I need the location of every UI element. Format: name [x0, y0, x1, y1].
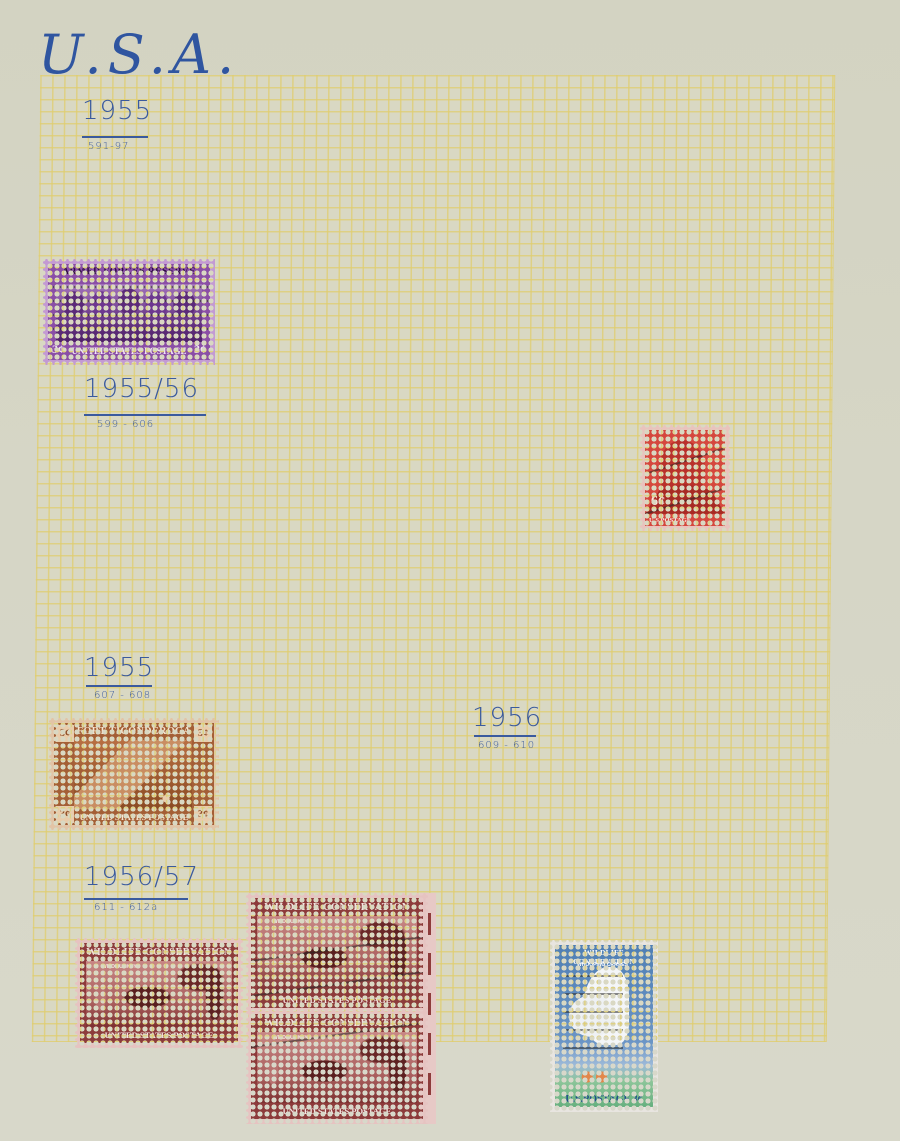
section-year: 1955/56: [84, 376, 199, 402]
stamp-country: UNITED STATES POSTAGE: [48, 346, 210, 356]
cancellation-line: [48, 286, 210, 288]
catalog-range: 609 - 610: [478, 741, 535, 751]
catalog-range: 591-97: [88, 142, 129, 152]
section-underline: [84, 414, 206, 416]
section-year: 1956: [472, 705, 542, 731]
stamp-title: ARMED FORCES RESERVE: [48, 267, 210, 277]
cancellation-line: [48, 328, 210, 330]
country-heading: U.S.A.: [38, 28, 240, 82]
stamp-wild-turkey: WILDLIFE CONSERVATION WILD TURKEY UNITED…: [75, 938, 243, 1048]
chicks-illustration: [577, 1069, 611, 1085]
cancellation-line: [48, 314, 210, 316]
stamp-wild-turkey-pair-top: WILDLIFE CONSERVATION WILD TURKEY UNITED…: [246, 893, 428, 1013]
stamp-whooping-crane: WILDLIFE CONSERVATION WHOOPING CRANES U.…: [550, 940, 658, 1112]
section-year: 1955: [84, 655, 154, 681]
stamp-subtitle: WILD TURKEY: [102, 964, 137, 970]
cancellation-line: [563, 1047, 623, 1049]
stamp-country: UNITED STATES POSTAGE: [54, 812, 214, 822]
cancellation-line: [563, 993, 623, 995]
stamp-country: UNITED STATES POSTAGE: [251, 1106, 423, 1116]
stamp-title: WILDLIFE CONSERVATION: [251, 902, 423, 913]
servicemen-illustration: [56, 284, 202, 342]
stamp-country: U.S.POSTAGE 3¢: [555, 1094, 653, 1105]
turkey-illustration: [257, 916, 417, 992]
crane-illustration: [569, 995, 615, 1037]
stamp-fort-ticonderoga: 3¢ 3¢ 3¢ 3¢ FORT TICONDEROGA UNITED STAT…: [49, 718, 219, 830]
fort-illustration: [74, 740, 192, 809]
stamp-country: U.S.POSTAGE: [645, 517, 725, 524]
section-year: 1955: [82, 98, 152, 124]
turkey-illustration: [86, 961, 232, 1027]
cancellation-line: [48, 300, 210, 302]
cancellation-line: [563, 1011, 623, 1013]
stamp-country: UNITED STATES POSTAGE: [80, 1030, 238, 1040]
stamp-subtitle: WILD TURKEY: [273, 919, 308, 925]
stamp-country: UNITED STATES POSTAGE: [251, 995, 423, 1005]
section-underline: [86, 685, 152, 687]
catalog-range: 611 - 612a: [94, 903, 158, 913]
stamp-title: WILDLIFE CONSERVATION: [251, 1018, 423, 1029]
catalog-range: 607 - 608: [94, 691, 151, 701]
stamp-wild-turkey-pair-bottom: WILDLIFE CONSERVATION WILD TURKEY UNITED…: [246, 1009, 428, 1124]
stamp-title: WILDLIFE CONSERVATION: [80, 947, 238, 958]
section-underline: [84, 898, 188, 900]
album-page: U.S.A. 1955 591-97 ARMED FORCES RESERVE …: [0, 0, 900, 1141]
section-underline: [82, 136, 148, 138]
stamp-theodore-roosevelt: 6¢ U.S.POSTAGE: [640, 425, 730, 531]
catalog-range: 599 - 606: [97, 420, 154, 430]
cancellation-line: [563, 975, 623, 977]
stamp-denomination: 3¢: [194, 342, 206, 357]
stamp-title: FORT TICONDEROGA: [54, 726, 214, 737]
stamp-armed-forces-reserve: ARMED FORCES RESERVE 3¢ UNITED STATES PO…: [43, 259, 215, 365]
cancellation-line: [563, 1029, 623, 1031]
section-year: 1956/57: [84, 864, 199, 890]
stamp-subtitle: WHOOPING CRANES: [577, 962, 628, 968]
section-underline: [474, 735, 536, 737]
